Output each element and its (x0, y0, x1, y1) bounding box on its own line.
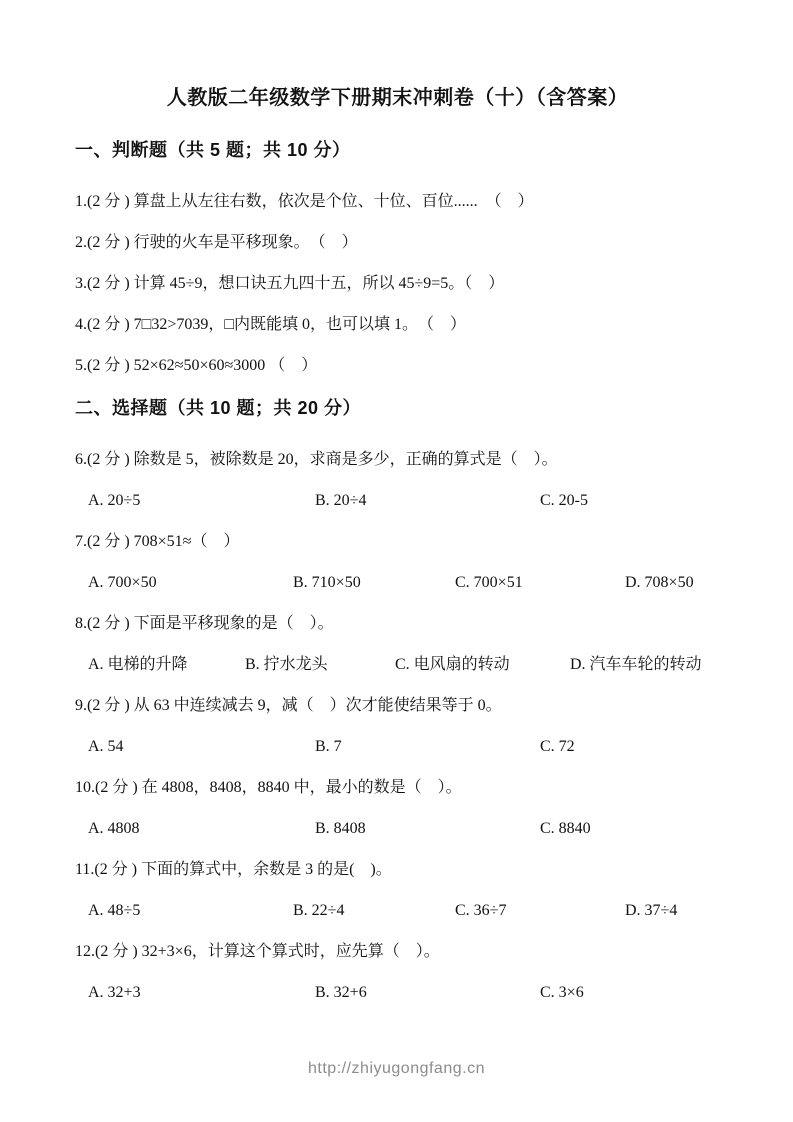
option-row: A. 20÷5 B. 20÷4 C. 20-5 (75, 489, 720, 513)
option-item: C. 72 (540, 735, 720, 759)
option-item: A. 4808 (88, 817, 315, 841)
option-row: A. 电梯的升降 B. 拧水龙头 C. 电风扇的转动 D. 汽车车轮的转动 (75, 653, 720, 677)
option-item: A. 54 (88, 735, 315, 759)
option-row: A. 4808 B. 8408 C. 8840 (75, 817, 720, 841)
question-text: 12.(2 分 ) 32+3×6，计算这个算式时，应先算（ ）。 (75, 940, 720, 964)
option-row: A. 700×50 B. 710×50 C. 700×51 D. 708×50 (75, 571, 720, 595)
option-item: B. 20÷4 (315, 489, 540, 513)
exam-paper-page: 人教版二年级数学下册期末冲刺卷（十）（含答案） 一、判断题（共 5 题；共 10… (0, 0, 793, 1122)
option-item: C. 20-5 (540, 489, 720, 513)
option-item: A. 电梯的升降 (88, 653, 245, 677)
question-text: 11.(2 分 ) 下面的算式中，余数是 3 的是( )。 (75, 858, 720, 882)
question-text: 6.(2 分 ) 除数是 5，被除数是 20，求商是多少，正确的算式是（ ）。 (75, 448, 720, 472)
option-item: D. 37÷4 (625, 899, 720, 923)
question-text: 8.(2 分 ) 下面是平移现象的是（ ）。 (75, 612, 720, 636)
option-item: C. 8840 (540, 817, 720, 841)
option-item: D. 汽车车轮的转动 (570, 653, 720, 677)
option-item: C. 电风扇的转动 (395, 653, 570, 677)
option-item: C. 36÷7 (455, 899, 625, 923)
option-item: B. 7 (315, 735, 540, 759)
question-text: 2.(2 分 ) 行驶的火车是平移现象。 （ ） (75, 231, 720, 255)
option-item: A. 48÷5 (88, 899, 293, 923)
question-text: 1.(2 分 ) 算盘上从左往右数，依次是个位、十位、百位...... （ ） (75, 190, 720, 214)
option-row: A. 32+3 B. 32+6 C. 3×6 (75, 981, 720, 1005)
question-text: 7.(2 分 ) 708×51≈（ ） (75, 530, 720, 554)
option-item: B. 8408 (315, 817, 540, 841)
option-item: B. 32+6 (315, 981, 540, 1005)
question-text: 3.(2 分 ) 计算 45÷9，想口诀五九四十五，所以 45÷9=5。（ ） (75, 272, 720, 296)
question-text: 10.(2 分 ) 在 4808，8408，8840 中，最小的数是（ ）。 (75, 776, 720, 800)
option-row: A. 54 B. 7 C. 72 (75, 735, 720, 759)
question-text: 9.(2 分 ) 从 63 中连续减去 9，减（ ）次才能使结果等于 0。 (75, 694, 720, 718)
option-item: A. 20÷5 (88, 489, 315, 513)
option-item: B. 22÷4 (293, 899, 455, 923)
question-text: 5.(2 分 ) 52×62≈50×60≈3000 （ ） (75, 354, 720, 378)
option-item: A. 700×50 (88, 571, 293, 595)
footer-url: http://zhiyugongfang.cn (0, 1060, 793, 1078)
section-heading-choice: 二、选择题（共 10 题；共 20 分） (75, 395, 720, 421)
page-title: 人教版二年级数学下册期末冲刺卷（十）（含答案） (75, 85, 720, 111)
option-row: A. 48÷5 B. 22÷4 C. 36÷7 D. 37÷4 (75, 899, 720, 923)
section-heading-judgement: 一、判断题（共 5 题；共 10 分） (75, 137, 720, 163)
option-item: C. 700×51 (455, 571, 625, 595)
question-text: 4.(2 分 ) 7□32>7039，□内既能填 0，也可以填 1。 （ ） (75, 313, 720, 337)
option-item: C. 3×6 (540, 981, 720, 1005)
option-item: A. 32+3 (88, 981, 315, 1005)
option-item: B. 710×50 (293, 571, 455, 595)
option-item: B. 拧水龙头 (245, 653, 395, 677)
option-item: D. 708×50 (625, 571, 720, 595)
